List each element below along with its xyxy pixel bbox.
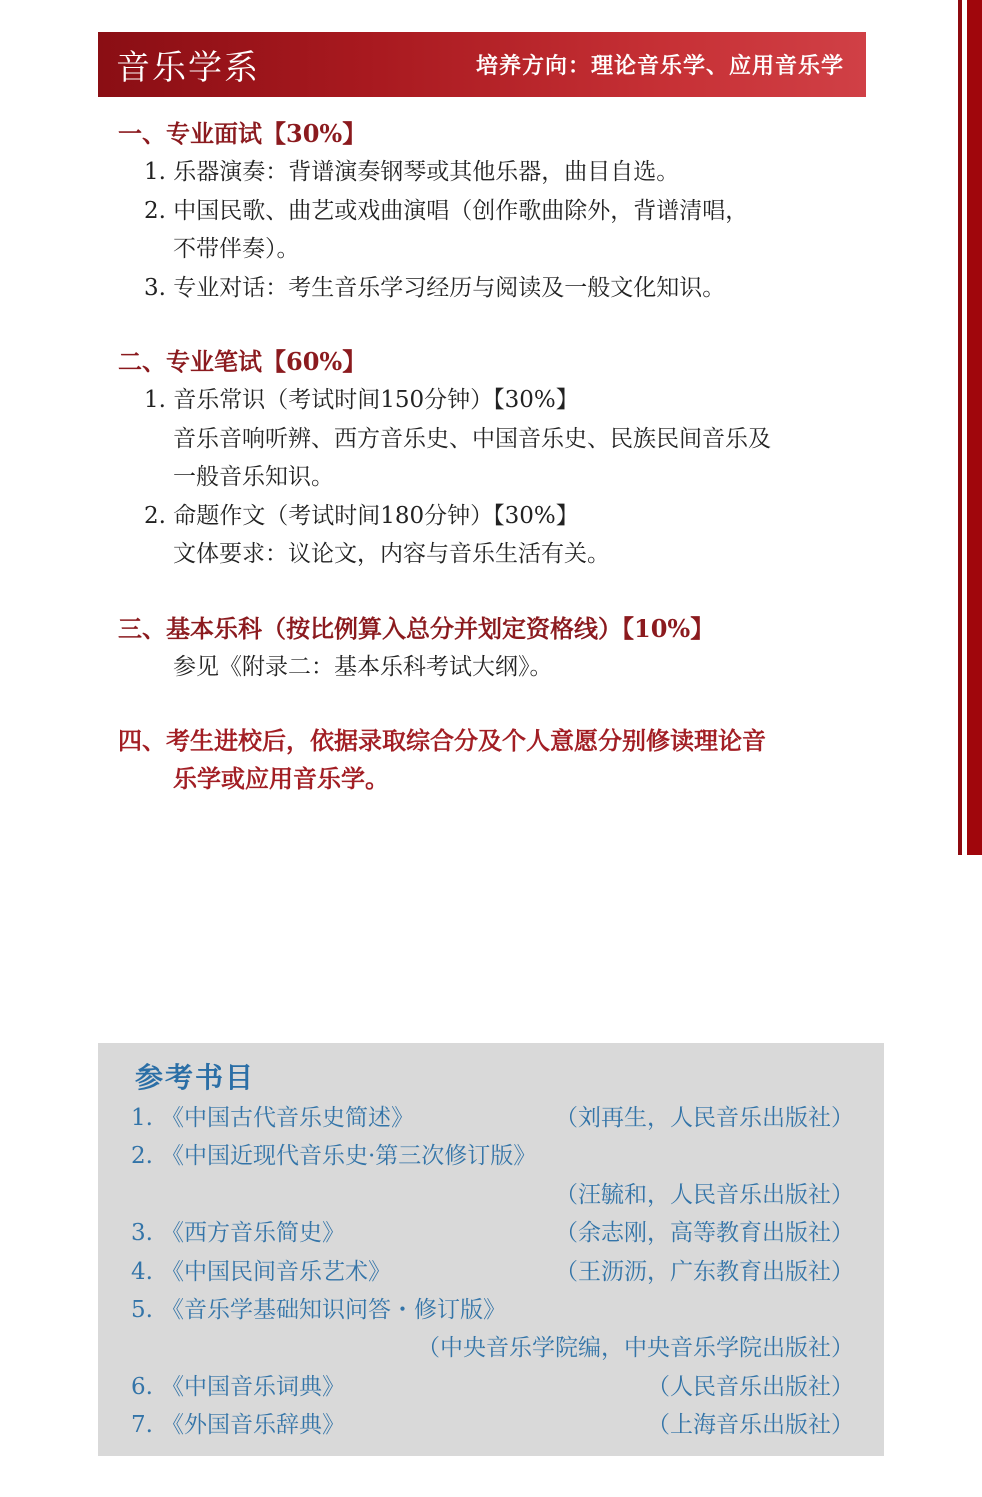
list-item-detail: 一般音乐知识。 [118,458,878,497]
section-heading-interview: 一、专业面试【30%】 [118,115,878,153]
book-title: 《中国近现代音乐史·第三次修订版》 [161,1143,536,1169]
book-source: （王沥沥，广东教育出版社） [555,1253,854,1291]
item-number: 5. [131,1291,161,1329]
decorative-bar-thick [967,0,982,855]
reference-item: 7.《外国音乐辞典》 （上海音乐出版社） [131,1406,854,1444]
section-heading-written: 二、专业笔试【60%】 [118,343,878,381]
list-item-detail: 文体要求：议论文，内容与音乐生活有关。 [118,535,878,574]
list-item-detail: 参见《附录二：基本乐科考试大纲》。 [118,648,878,687]
reference-item: 4.《中国民间音乐艺术》 （王沥沥，广东教育出版社） [131,1253,854,1291]
item-number: 1. [131,1099,161,1137]
reference-item: 1.《中国古代音乐史简述》 （刘再生，人民音乐出版社） [131,1099,854,1137]
reference-item: 3.《西方音乐简史》 （余志刚，高等教育出版社） [131,1214,854,1252]
department-title: 音乐学系 [116,40,260,89]
section-weight: 【10%】 [622,614,714,643]
book-source: （刘再生，人民音乐出版社） [555,1099,854,1137]
section-title: 一、专业面试 [118,119,262,148]
list-item-continuation: 不带伴奏）。 [118,230,878,269]
list-item: 1. 乐器演奏：背谱演奏钢琴或其他乐器，曲目自选。 [118,153,878,192]
book-title: 《外国音乐辞典》 [161,1412,345,1438]
enrollment-note-line: 乐学或应用音乐学。 [118,760,878,798]
book-title: 《中国音乐词典》 [161,1374,345,1400]
reference-item-source: （汪毓和，人民音乐出版社） [131,1176,854,1214]
item-number: 2. [131,1137,161,1175]
exam-content: 一、专业面试【30%】 1. 乐器演奏：背谱演奏钢琴或其他乐器，曲目自选。 2.… [118,115,878,798]
list-item-detail: 音乐音响听辨、西方音乐史、中国音乐史、民族民间音乐及 [118,420,878,459]
reference-item: 5.《音乐学基础知识问答・修订版》 [131,1291,854,1329]
item-number: 6. [131,1368,161,1406]
section-weight: 【60%】 [262,347,366,376]
section-title: 二、专业笔试 [118,347,262,376]
reference-item: 6.《中国音乐词典》 （人民音乐出版社） [131,1368,854,1406]
book-source: （上海音乐出版社） [647,1406,854,1444]
enrollment-note-line: 四、考生进校后，依据录取综合分及个人意愿分别修读理论音 [118,722,878,760]
reference-books-title: 参考书目 [131,1057,854,1099]
reference-item: 2.《中国近现代音乐史·第三次修订版》 [131,1137,854,1175]
book-source: （余志刚，高等教育出版社） [555,1214,854,1252]
enrollment-note: 四、考生进校后，依据录取综合分及个人意愿分别修读理论音 乐学或应用音乐学。 [118,722,878,798]
reference-books-box: 参考书目 1.《中国古代音乐史简述》 （刘再生，人民音乐出版社） 2.《中国近现… [98,1043,884,1456]
book-source: （人民音乐出版社） [647,1368,854,1406]
book-title: 《音乐学基础知识问答・修订版》 [161,1297,506,1323]
department-header: 音乐学系 培养方向：理论音乐学、应用音乐学 [98,32,866,97]
book-title: 《中国民间音乐艺术》 [161,1259,391,1285]
list-item: 2. 命题作文（考试时间180分钟）【30%】 [118,497,878,536]
book-source: （中央音乐学院编，中央音乐学院出版社） [417,1329,854,1367]
section-weight: 【30%】 [262,119,366,148]
book-title: 《中国古代音乐史简述》 [161,1105,414,1131]
book-source: （汪毓和，人民音乐出版社） [555,1176,854,1214]
list-item: 2. 中国民歌、曲艺或戏曲演唱（创作歌曲除外，背谱清唱， [118,192,878,231]
section-heading-basic-music: 三、基本乐科（按比例算入总分并划定资格线）【10%】 [118,610,878,648]
section-title: 三、基本乐科（按比例算入总分并划定资格线） [118,614,622,643]
decorative-bar-thin [958,0,962,855]
list-item: 3. 专业对话：考生音乐学习经历与阅读及一般文化知识。 [118,269,878,308]
item-number: 3. [131,1214,161,1252]
reference-item-source: （中央音乐学院编，中央音乐学院出版社） [131,1329,854,1367]
list-item: 1. 音乐常识（考试时间150分钟）【30%】 [118,381,878,420]
training-direction: 培养方向：理论音乐学、应用音乐学 [476,49,844,80]
book-title: 《西方音乐简史》 [161,1220,345,1246]
item-number: 7. [131,1406,161,1444]
item-number: 4. [131,1253,161,1291]
